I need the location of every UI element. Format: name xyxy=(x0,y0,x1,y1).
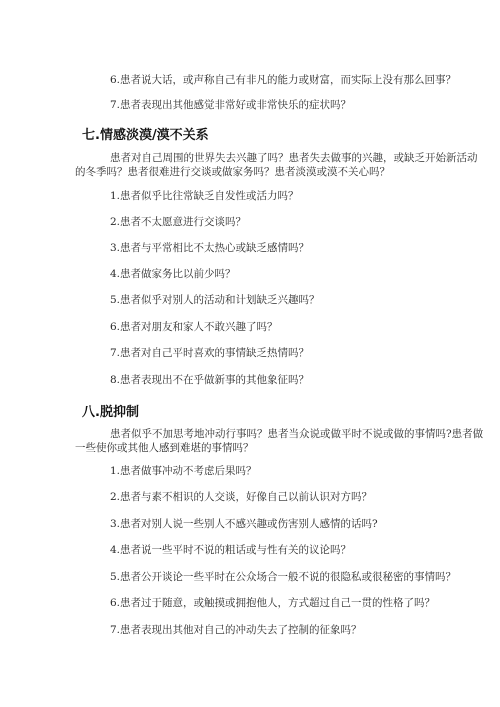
paragraph-line: 患者似乎不加思考地冲动行事吗？患者当众说或做平时不说或做的事情吗?患者做 xyxy=(110,428,483,441)
list-item: 8.患者表现出不在乎做新事的其他象征吗？ xyxy=(110,374,309,387)
list-item: 6.患者过于随意，或触摸或拥抱他人，方式超过自己一贯的性格了吗？ xyxy=(110,597,435,610)
list-item: 3.患者与平常相比不太热心或缺乏感情吗？ xyxy=(110,242,309,255)
list-item: 5.患者公开谈论一些平时在公众场合一般不说的很隐私或很秘密的事情吗？ xyxy=(110,571,456,584)
list-item: 1.患者似乎比往常缺乏自发性或活力吗？ xyxy=(110,190,299,203)
list-item: 4.患者说一些平时不说的粗话或与性有关的议论吗？ xyxy=(110,544,351,557)
paragraph-line: 的冬季吗？患者很难进行交谈或做家务吗？患者淡漠或漠不关心吗？ xyxy=(75,166,390,179)
section-heading: 七.情感淡漠/漠不关系 xyxy=(82,124,209,143)
paragraph-line: 患者对自己周围的世界失去兴趣了吗？患者失去做事的兴趣，或缺乏开始新活动 xyxy=(110,152,478,165)
paragraph-line: 一些使你或其他人感到难堪的事情吗？ xyxy=(75,442,254,455)
list-item: 7.患者表现出其他感觉非常好或非常快乐的症状吗？ xyxy=(110,99,351,112)
list-item: 5.患者似乎对别人的活动和计划缺乏兴趣吗？ xyxy=(110,294,320,307)
list-item: 7.患者表现出其他对自己的冲动失去了控制的征象吗？ xyxy=(110,624,362,637)
section-heading: 八.脱抑制 xyxy=(82,401,139,420)
list-item: 2.患者与素不相识的人交谈，好像自己以前认识对方吗？ xyxy=(110,491,372,504)
list-item: 7.患者对自己平时喜欢的事情缺乏热情吗？ xyxy=(110,347,309,360)
list-item: 4.患者做家务比以前少吗？ xyxy=(110,268,236,281)
list-item: 3.患者对别人说一些别人不感兴趣或伤害别人感情的话吗? xyxy=(110,518,378,531)
list-item: 6.患者说大话，或声称自己有非凡的能力或财富，而实际上没有那么回事？ xyxy=(110,74,456,87)
list-item: 1.患者做事冲动不考虑后果吗？ xyxy=(110,465,257,478)
list-item: 2.患者不太愿意进行交谈吗？ xyxy=(110,216,246,229)
list-item: 6.患者对朋友和家人不敢兴趣了吗？ xyxy=(110,321,278,334)
